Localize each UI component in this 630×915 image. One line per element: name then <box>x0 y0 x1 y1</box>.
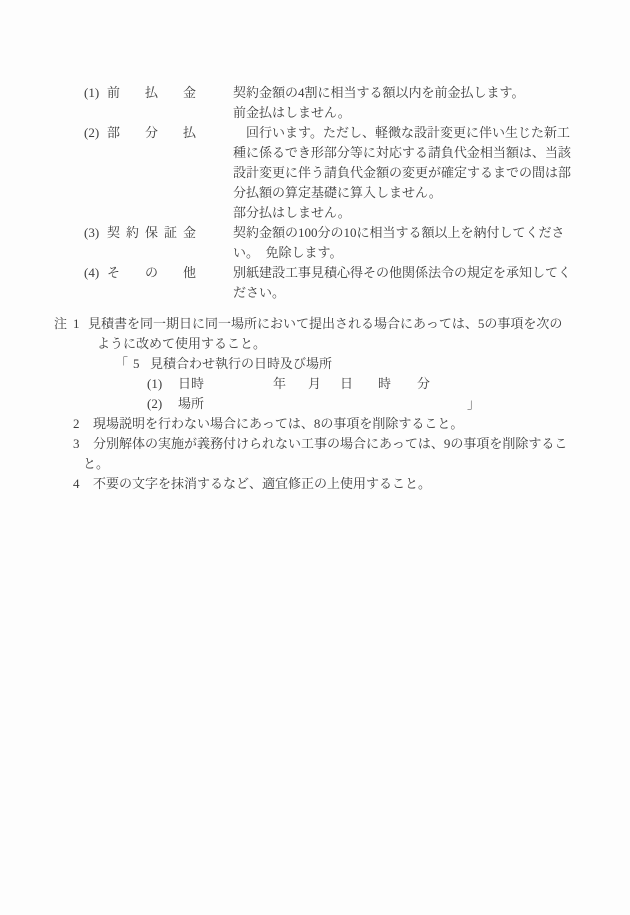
quoted-clause-datetime-row: (1) 日時 年 月 日 時 分 <box>0 374 630 394</box>
note-text: 分別解体の実施が義務付けられない工事の場合にあっては、9の事項を削除するこ <box>93 434 567 454</box>
term-label: 部分払 <box>107 123 196 143</box>
unit-day: 日 <box>340 374 353 394</box>
unit-minute: 分 <box>417 374 430 394</box>
sub-item-number: (1) <box>147 374 162 394</box>
note-4-line-1: 4 不要の文字を抹消するなど、適宜修正の上使用すること。 <box>0 474 630 494</box>
note-3-line-2: と。 <box>0 454 630 474</box>
term-content: 契約金額の100分の10に相当する額以上を納付してくださ い。 免除します。 <box>233 223 565 263</box>
unit-year: 年 <box>273 374 286 394</box>
note-text: ように改めて使用すること。 <box>97 334 266 354</box>
term-item-contract-deposit: (3) 契約保証金 契約金額の100分の10に相当する額以上を納付してくださ い… <box>0 223 571 263</box>
term-item-advance-payment: (1) 前払金 契約金額の4割に相当する額以内を前金払します。 前金払はしません… <box>0 83 571 123</box>
note-text: 見積書を同一期日に同一場所において提出される場合にあっては、5の事項を次の <box>88 314 562 334</box>
term-number: (2) <box>84 123 107 143</box>
notes-section: 注 1 見積書を同一期日に同一場所において提出される場合にあっては、5の事項を次… <box>0 314 630 494</box>
payment-terms-list: (1) 前払金 契約金額の4割に相当する額以内を前金払します。 前金払はしません… <box>0 83 571 303</box>
clause-title: 見積合わせ執行の日時及び場所 <box>150 354 332 374</box>
document-page: (1) 前払金 契約金額の4割に相当する額以内を前金払します。 前金払はしません… <box>0 0 630 915</box>
unit-month: 月 <box>308 374 321 394</box>
term-number: (3) <box>84 223 107 243</box>
term-label: その他 <box>107 263 196 283</box>
sub-item-label: 場所 <box>178 394 204 414</box>
sub-item-label: 日時 <box>178 374 204 394</box>
term-number: (1) <box>84 83 107 103</box>
note-text: 不要の文字を抹消するなど、適宜修正の上使用すること。 <box>93 474 431 494</box>
note-1-line-1: 注 1 見積書を同一期日に同一場所において提出される場合にあっては、5の事項を次… <box>0 314 630 334</box>
term-item-partial-payment: (2) 部分払 回行います。ただし、軽微な設計変更に伴い生じた新工 種に係るでき… <box>0 123 571 223</box>
note-number: 4 <box>73 474 80 494</box>
close-bracket: 」 <box>467 394 480 414</box>
term-content-line: 種に係るでき形部分等に対応する請負代金相当額は、当該 <box>233 143 571 163</box>
term-item-other: (4) その他 別紙建設工事見積心得その他関係法令の規定を承知してく ださい。 <box>0 263 571 303</box>
note-3-line-1: 3 分別解体の実施が義務付けられない工事の場合にあっては、9の事項を削除するこ <box>0 434 630 454</box>
sub-item-number: (2) <box>147 394 162 414</box>
term-content: 別紙建設工事見積心得その他関係法令の規定を承知してく ださい。 <box>233 263 571 303</box>
note-text: と。 <box>83 454 109 474</box>
unit-hour: 時 <box>378 374 391 394</box>
term-label: 契約保証金 <box>107 223 196 243</box>
note-text: 現場説明を行わない場合にあっては、8の事項を削除すること。 <box>93 414 463 434</box>
open-bracket: 「 <box>115 354 128 374</box>
term-content-line: 分払額の算定基礎に算入しません。 <box>233 183 571 203</box>
note-number: 2 <box>73 414 80 434</box>
term-content-line: 前金払はしません。 <box>233 103 524 123</box>
note-marker: 注 <box>54 314 67 334</box>
note-number: 1 <box>73 314 80 334</box>
term-content-line: 契約金額の4割に相当する額以内を前金払します。 <box>233 83 524 103</box>
quoted-clause-title-row: 「 5 見積合わせ執行の日時及び場所 <box>0 354 630 374</box>
note-number: 3 <box>73 434 80 454</box>
term-number: (4) <box>84 263 107 283</box>
clause-number: 5 <box>133 354 140 374</box>
term-content-line: 別紙建設工事見積心得その他関係法令の規定を承知してく <box>233 263 571 283</box>
term-content-line: ださい。 <box>233 283 571 303</box>
note-1-line-2: ように改めて使用すること。 <box>0 334 630 354</box>
term-content-line: 契約金額の100分の10に相当する額以上を納付してくださ <box>233 223 565 243</box>
quoted-clause-place-row: (2) 場所 」 <box>0 394 630 414</box>
term-content: 回行います。ただし、軽微な設計変更に伴い生じた新工 種に係るでき形部分等に対応す… <box>233 123 571 223</box>
note-2-line-1: 2 現場説明を行わない場合にあっては、8の事項を削除すること。 <box>0 414 630 434</box>
term-content-line: 部分払はしません。 <box>233 203 571 223</box>
term-content-line: 設計変更に伴う請負代金額の変更が確定するまでの間は部 <box>233 163 571 183</box>
term-label: 前払金 <box>107 83 196 103</box>
term-content-line: 回行います。ただし、軽微な設計変更に伴い生じた新工 <box>233 123 571 143</box>
term-content-line: い。 免除します。 <box>233 243 565 263</box>
term-content: 契約金額の4割に相当する額以内を前金払します。 前金払はしません。 <box>233 83 524 123</box>
